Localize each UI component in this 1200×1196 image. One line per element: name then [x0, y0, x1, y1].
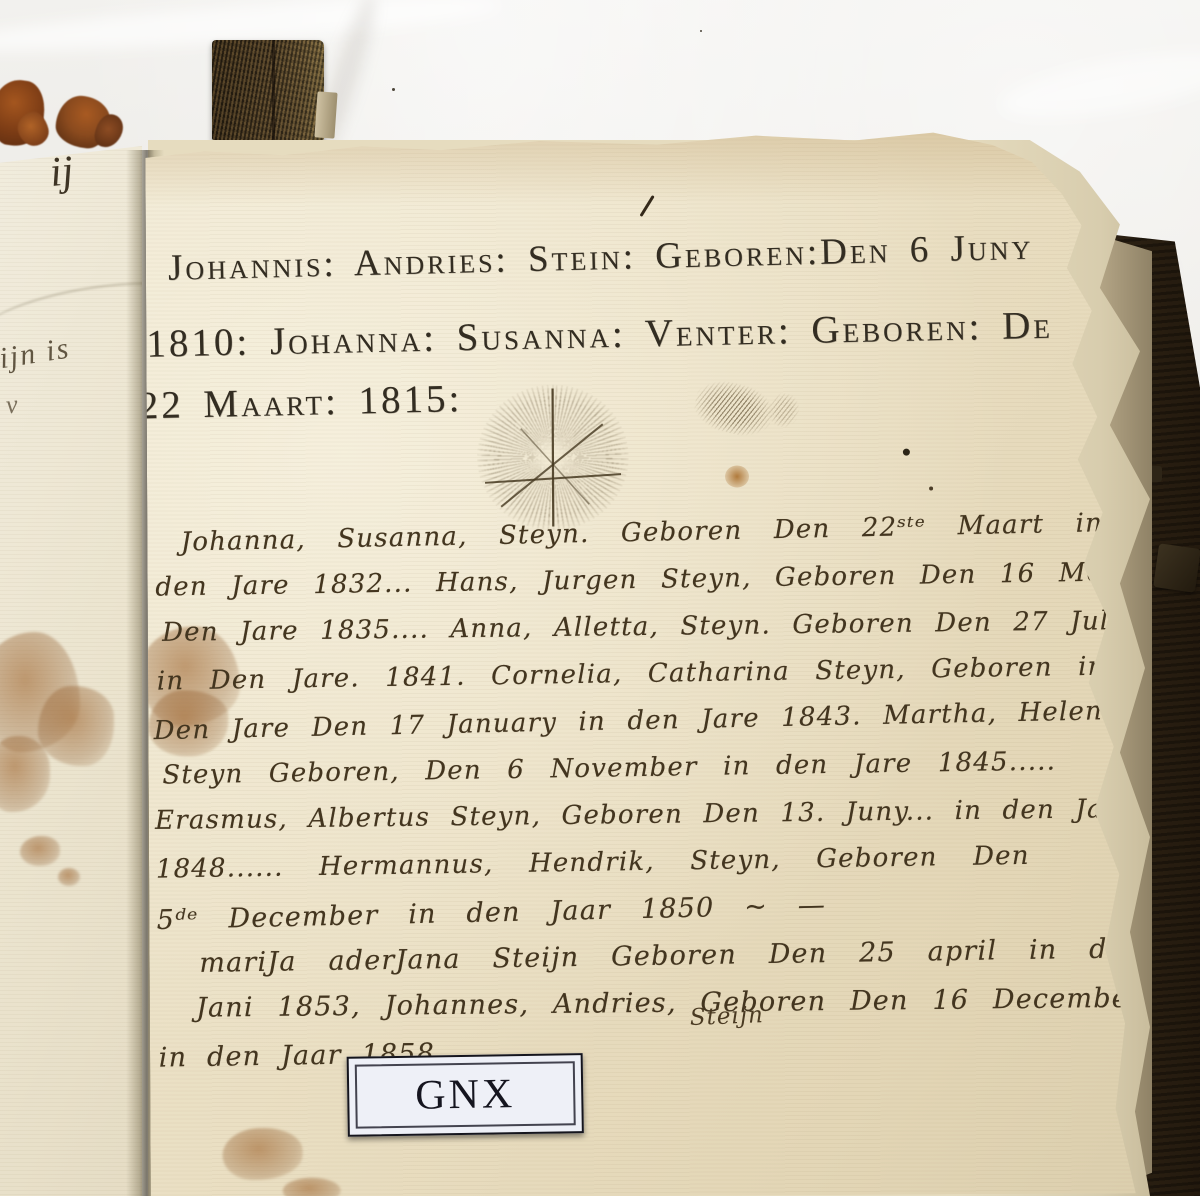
heading-line-2: 1810: Johanna: Susanna: Venter: Geboren:…	[146, 303, 1053, 367]
ink-speck	[929, 486, 933, 490]
heading-line-3: 22 Maart: 1815:	[138, 376, 463, 428]
stain	[20, 836, 60, 866]
stain	[222, 1128, 302, 1180]
reference-label-box: GNX	[347, 1053, 584, 1137]
label-inner-border: GNX	[355, 1061, 576, 1128]
tab-crease	[272, 40, 275, 140]
left-page-flourish: v	[4, 389, 19, 420]
dust-speck	[700, 30, 702, 32]
stain	[38, 686, 114, 766]
ink-speck	[903, 449, 910, 456]
starburst-cross-lines	[477, 384, 630, 531]
right-page: Johannis: Andries: Stein: Geboren:Den 6 …	[145, 129, 1136, 1196]
left-page: ij eijn is v	[0, 146, 142, 1196]
tab-fragment	[314, 91, 337, 138]
interline-surname: Steijn	[689, 1002, 764, 1031]
ink-scribble	[765, 390, 802, 430]
register-entries: Johanna, Susanna, Steyn. Geboren Den 22ˢ…	[150, 502, 1127, 1081]
stain	[725, 465, 749, 487]
starburst-ink-drawing	[477, 384, 630, 531]
ink-scribble	[690, 375, 778, 442]
stain	[58, 868, 80, 886]
dust-speck	[392, 88, 395, 91]
heading-line-1: Johannis: Andries: Stein: Geboren:Den 6 …	[167, 226, 1033, 290]
label-text: GNX	[415, 1070, 516, 1120]
photo-of-register-page: ij eijn is v Johannis: Andries: Stein: G…	[0, 0, 1200, 1196]
stain	[0, 736, 50, 812]
stain	[283, 1178, 341, 1196]
book-clasp	[1153, 543, 1200, 592]
leather-bookmark-tab	[212, 40, 324, 140]
